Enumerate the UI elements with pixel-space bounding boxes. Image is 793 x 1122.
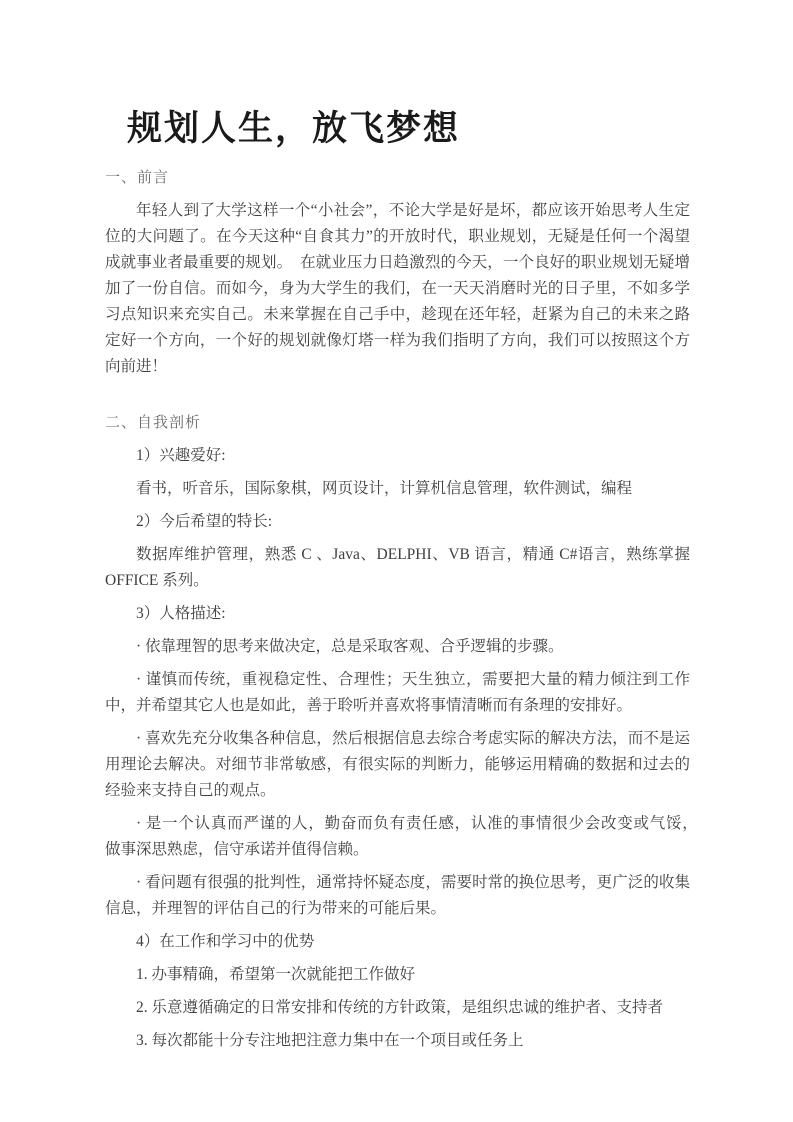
document-page: 规划人生，放飞梦想 一、前言 年轻人到了大学这样一个“小社会”，不论大学是好是坏…	[0, 0, 793, 1122]
personality-bullet-3: · 喜欢先充分收集各种信息，然后根据信息去综合考虑实际的解决方法，而不是运用理论…	[105, 726, 690, 804]
strength-item-2: 2. 乐意遵循确定的日常安排和传统的方针政策，是组织忠诚的维护者、支持者	[105, 995, 690, 1021]
desired-skills-text: 数据库维护管理，熟悉 C 、Java、DELPHI、VB 语言，精通 C#语言，…	[105, 542, 690, 594]
section-heading-self-analysis: 二、自我剖析	[105, 410, 690, 436]
personality-bullet-2: · 谨慎而传统，重视稳定性、合理性；天生独立，需要把大量的精力倾注到工作中，并希…	[105, 667, 690, 719]
strength-item-1: 1. 办事精确，希望第一次就能把工作做好	[105, 962, 690, 988]
strength-item-3: 3. 每次都能十分专注地把注意力集中在一个项目或任务上	[105, 1028, 690, 1054]
personality-label: 3）人格描述:	[105, 601, 690, 627]
preface-paragraph: 年轻人到了大学这样一个“小社会”，不论大学是好是坏，都应该开始思考人生定位的大问…	[105, 198, 690, 380]
strengths-label: 4）在工作和学习中的优势	[105, 929, 690, 955]
personality-bullet-4: · 是一个认真而严谨的人，勤奋而负有责任感，认准的事情很少会改变或气馁， 做事深…	[105, 811, 690, 863]
interests-label: 1）兴趣爱好:	[105, 443, 690, 469]
document-content: 规划人生，放飞梦想 一、前言 年轻人到了大学这样一个“小社会”，不论大学是好是坏…	[105, 0, 690, 1061]
document-title: 规划人生，放飞梦想	[127, 106, 690, 152]
desired-skills-label: 2）今后希望的特长:	[105, 509, 690, 535]
interests-list: 看书，听音乐，国际象棋，网页设计，计算机信息管理，软件测试，编程	[105, 476, 690, 502]
personality-bullet-1: · 依靠理智的思考来做决定，总是采取客观、合乎逻辑的步骤。	[105, 634, 690, 660]
personality-bullet-5: · 看问题有很强的批判性，通常持怀疑态度，需要时常的换位思考，更广泛的收集信息，…	[105, 870, 690, 922]
section-heading-preface: 一、前言	[105, 165, 690, 191]
